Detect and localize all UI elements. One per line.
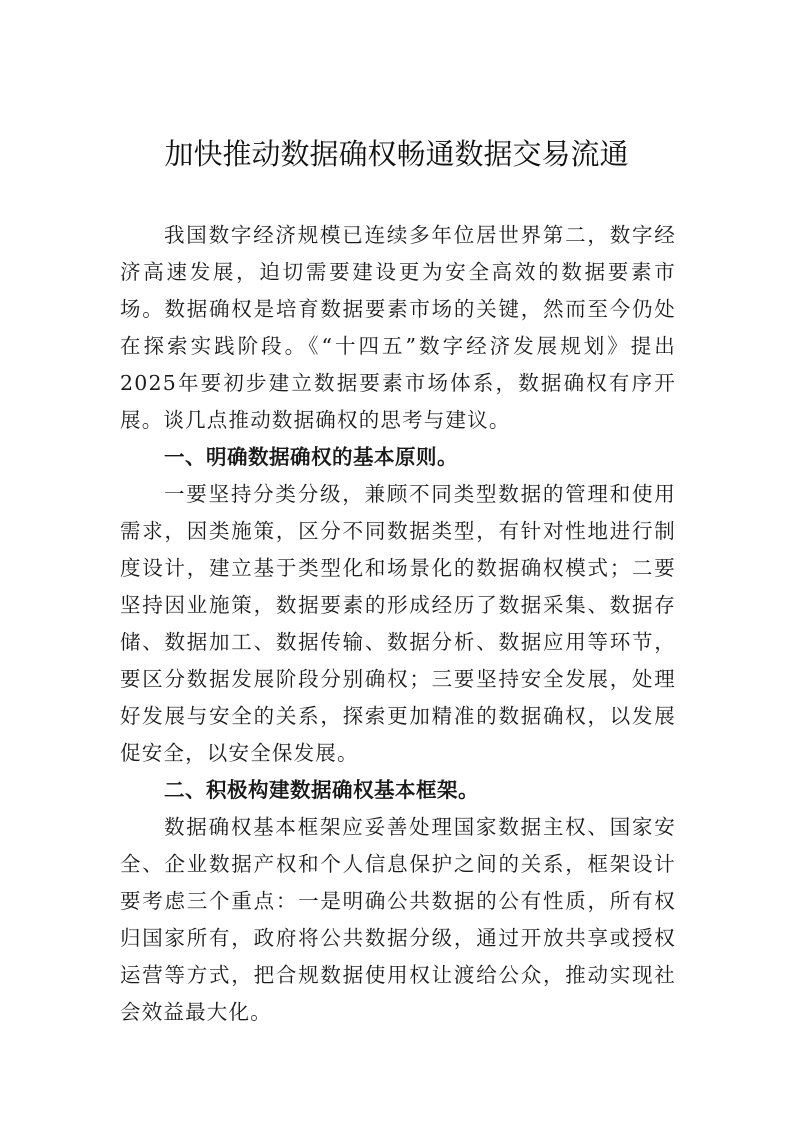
section-heading-1: 一、明确数据确权的基本原则。 [120, 439, 676, 476]
paragraph-intro: 我国数字经济规模已连续多年位居世界第二，数字经济高速发展，迫切需要建设更为安全高… [120, 217, 676, 439]
paragraph-principles: 一要坚持分类分级，兼顾不同类型数据的管理和使用需求，因类施策，区分不同数据类型，… [120, 476, 676, 772]
section-heading-2: 二、积极构建数据确权基本框架。 [120, 772, 676, 809]
document-page: 加快推动数据确权畅通数据交易流通 我国数字经济规模已连续多年位居世界第二，数字经… [0, 0, 793, 1122]
document-body: 我国数字经济规模已连续多年位居世界第二，数字经济高速发展，迫切需要建设更为安全高… [120, 217, 676, 1031]
document-title: 加快推动数据确权畅通数据交易流通 [0, 134, 793, 174]
paragraph-framework: 数据确权基本框架应妥善处理国家数据主权、国家安全、企业数据产权和个人信息保护之间… [120, 809, 676, 1031]
